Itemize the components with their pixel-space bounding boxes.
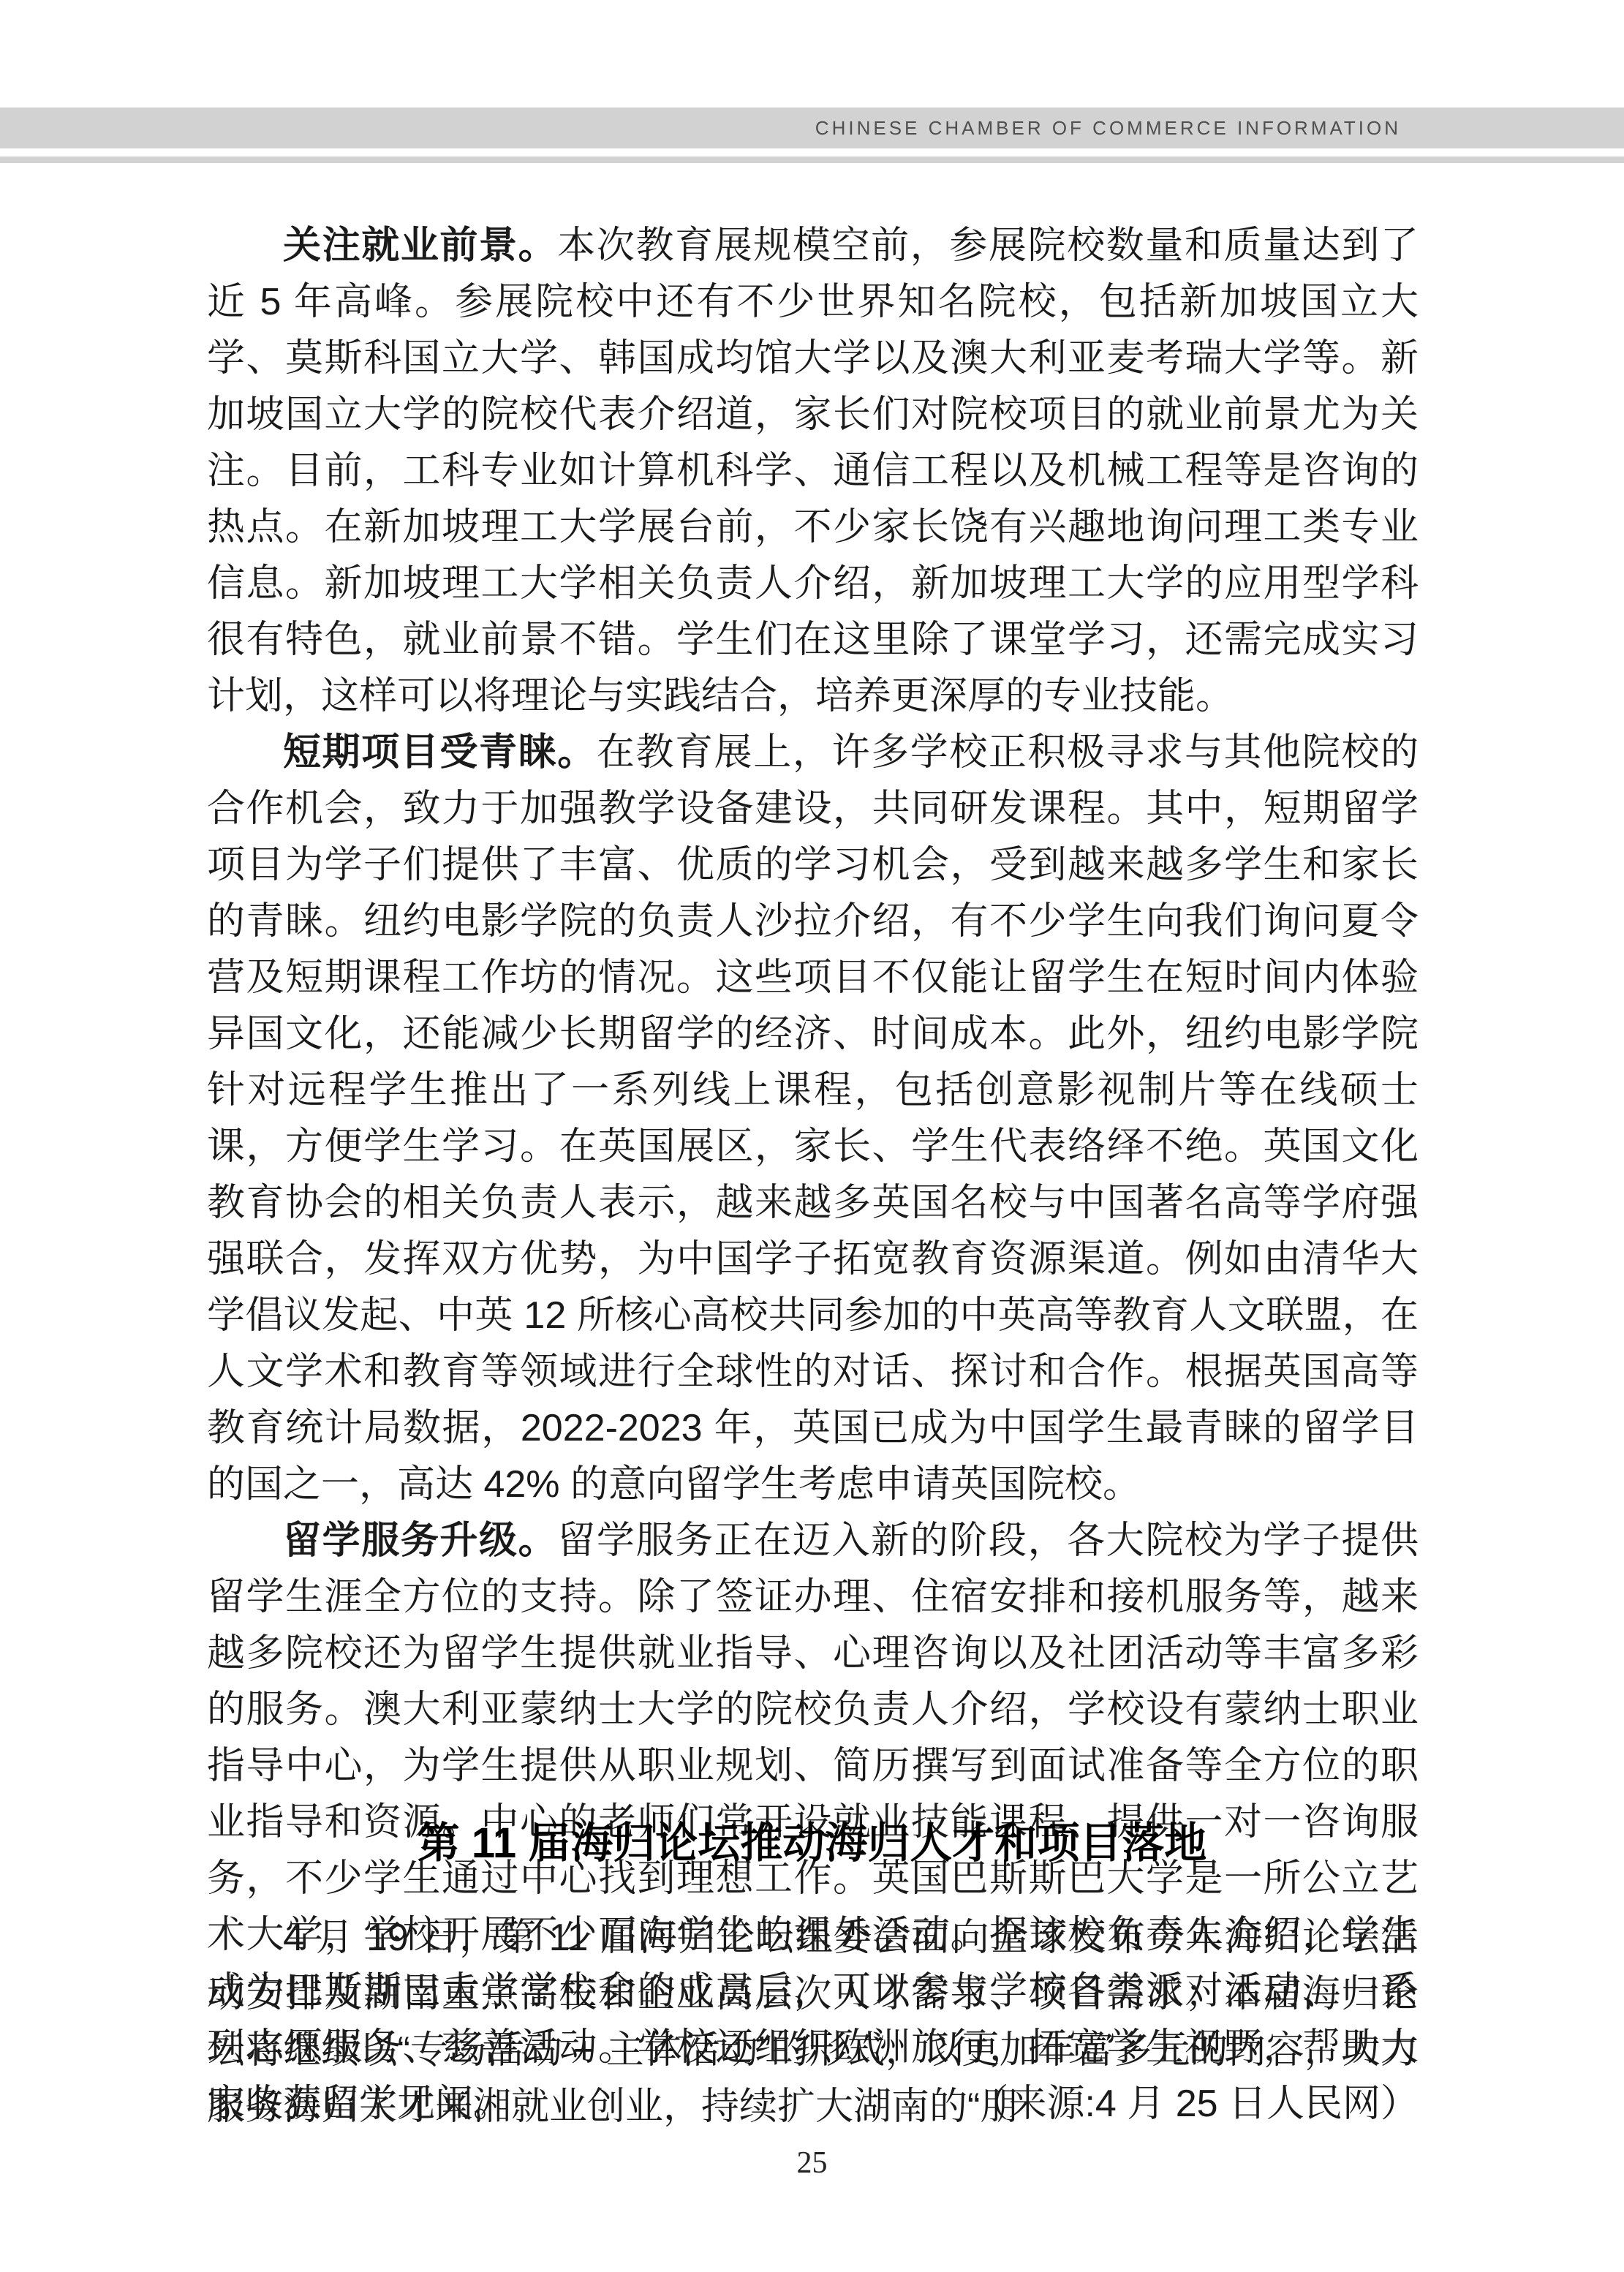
document-page: CHINESE CHAMBER OF COMMERCE INFORMATION …: [0, 0, 1624, 2272]
paragraph-text: 4 月 19 日，第 11 届海归论坛组委会面向全球发布今年海归论坛活动安排及湖…: [207, 1917, 1419, 2128]
paragraph-lead: 留学服务升级。: [283, 1520, 557, 1562]
article-title: 第 11 届海归论坛推动海归人才和项目落地: [0, 1818, 1624, 1869]
paragraph: 4 月 19 日，第 11 届海归论坛组委会面向全球发布今年海归论坛活动安排及湖…: [207, 1910, 1419, 2135]
paragraph-lead: 短期项目受青睐。: [283, 731, 597, 774]
paragraph-lead: 关注就业前景。: [283, 224, 557, 267]
article-haigui-forum: 4 月 19 日，第 11 届海归论坛组委会面向全球发布今年海归论坛活动安排及湖…: [207, 1910, 1419, 2135]
paragraph: 关注就业前景。本次教育展规模空前，参展院校数量和质量达到了近 5 年高峰。参展院…: [207, 218, 1419, 725]
paragraph: 短期项目受青睐。在教育展上，许多学校正积极寻求与其他院校的合作机会，致力于加强教…: [207, 725, 1419, 1513]
header-rule: [0, 156, 1624, 163]
paragraph-text: 本次教育展规模空前，参展院校数量和质量达到了近 5 年高峰。参展院校中还有不少世…: [207, 224, 1419, 717]
header-band: CHINESE CHAMBER OF COMMERCE INFORMATION: [0, 107, 1624, 148]
page-number: 25: [0, 2145, 1624, 2181]
header-title: CHINESE CHAMBER OF COMMERCE INFORMATION: [815, 117, 1401, 139]
paragraph-text: 在教育展上，许多学校正积极寻求与其他院校的合作机会，致力于加强教学设备建设，共同…: [207, 731, 1419, 1506]
